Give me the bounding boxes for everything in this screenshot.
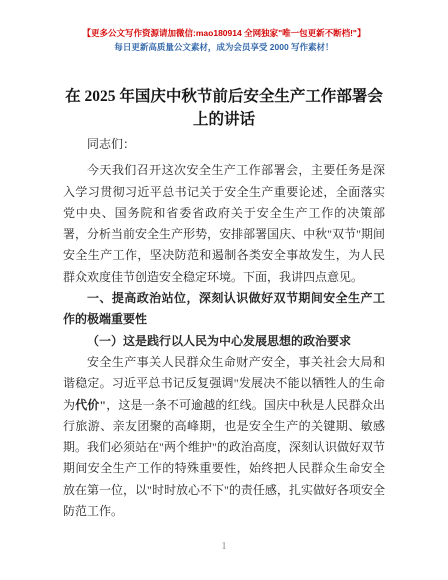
salutation: 同志们： bbox=[63, 134, 385, 155]
document-title: 在 2025 年国庆中秋节前后安全生产工作部署会上的讲话 bbox=[58, 85, 390, 131]
promo-line-red: 【更多公文写作资源请加微信:mao180914 全网独家"唯一包更新不断档!"】 bbox=[0, 26, 448, 40]
page-number: 1 bbox=[0, 541, 448, 552]
promo-header: 【更多公文写作资源请加微信:mao180914 全网独家"唯一包更新不断档!"】… bbox=[0, 0, 448, 54]
document-page: 【更多公文写作资源请加微信:mao180914 全网独家"唯一包更新不断档!"】… bbox=[0, 0, 448, 580]
subsection-heading-1: （一）这是践行以人民为中心发展思想的政治要求 bbox=[63, 331, 385, 352]
promo-line-blue: 每日更新高质量公文素材，成为会员享受 2000 写作素材！ bbox=[0, 40, 448, 54]
paragraph-belief-bold-phrase: 代价" bbox=[75, 398, 106, 412]
paragraph-belief: 安全生产事关人民群众生命财产安全，事关社会大局和谐稳定。习近平总书记反复强调"发… bbox=[63, 352, 385, 522]
document-body: 同志们： 今天我们召开这次安全生产工作部署会，主要任务是深入学习贯彻习近平总书记… bbox=[63, 134, 385, 522]
paragraph-belief-post: ，这是一条不可逾越的红线。国庆中秋是人民群众出行旅游、亲友团聚的高峰期，也是安全… bbox=[63, 398, 385, 518]
paragraph-intro: 今天我们召开这次安全生产工作部署会，主要任务是深入学习贯彻习近平总书记关于安全生… bbox=[63, 160, 385, 288]
section-heading-1: 一、提高政治站位，深刻认识做好双节期间安全生产工作的极端重要性 bbox=[63, 288, 385, 331]
